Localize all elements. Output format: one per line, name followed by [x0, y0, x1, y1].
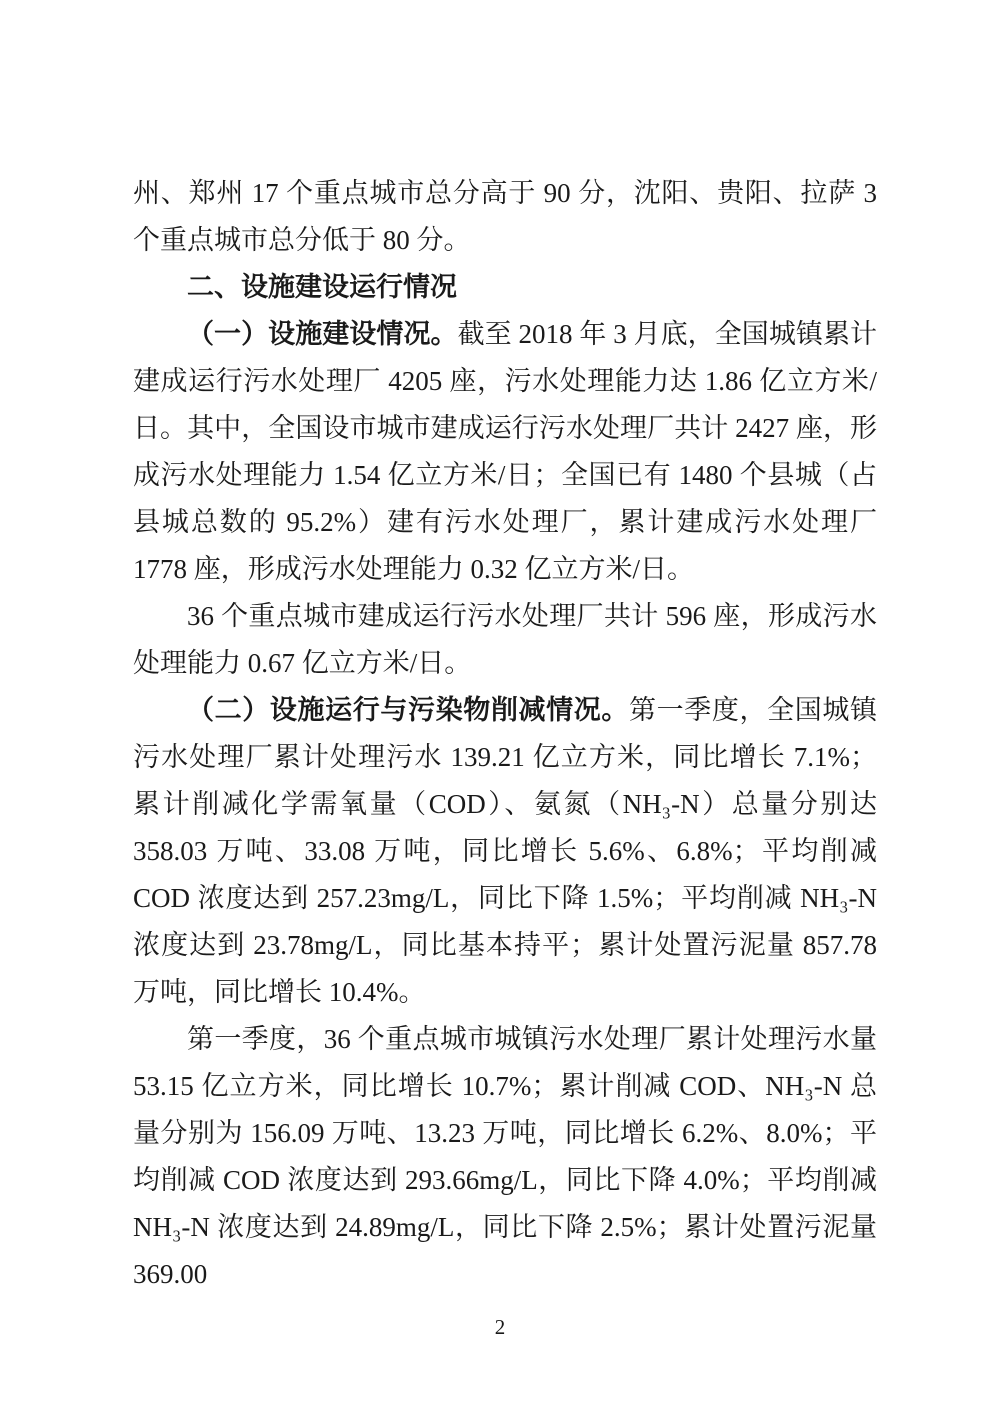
subsection-2-title: （二）设施运行与污染物削减情况。 — [187, 695, 629, 725]
paragraph-city-scores-continuation: 州、郑州 17 个重点城市总分高于 90 分，沈阳、贵阳、拉萨 3 个重点城市总… — [133, 170, 877, 264]
paragraph-key-cities-construction: 36 个重点城市建成运行污水处理厂共计 596 座，形成污水处理能力 0.67 … — [133, 593, 877, 687]
page-number: 2 — [495, 1315, 506, 1339]
subsection-1-text: 截至 2018 年 3 月底，全国城镇累计建成运行污水处理厂 4205 座，污水… — [133, 319, 877, 584]
document-page: 州、郑州 17 个重点城市总分高于 90 分，沈阳、贵阳、拉萨 3 个重点城市总… — [0, 0, 1000, 1414]
document-body: 州、郑州 17 个重点城市总分高于 90 分，沈阳、贵阳、拉萨 3 个重点城市总… — [133, 170, 877, 1298]
subsection-2-text: 第一季度，全国城镇污水处理厂累计处理污水 139.21 亿立方米，同比增长 7.… — [133, 695, 877, 1007]
section-heading-facility-construction-operation: 二、设施建设运行情况 — [133, 264, 877, 311]
subsection-1-title: （一）设施建设情况。 — [187, 319, 458, 349]
paragraph-key-cities-operation: 第一季度，36 个重点城市城镇污水处理厂累计处理污水量 53.15 亿立方米，同… — [133, 1016, 877, 1298]
page-footer: 2 — [0, 1312, 1000, 1342]
paragraph-operation-pollutant-reduction: （二）设施运行与污染物削减情况。第一季度，全国城镇污水处理厂累计处理污水 139… — [133, 687, 877, 1016]
paragraph-facility-construction: （一）设施建设情况。截至 2018 年 3 月底，全国城镇累计建成运行污水处理厂… — [133, 311, 877, 593]
